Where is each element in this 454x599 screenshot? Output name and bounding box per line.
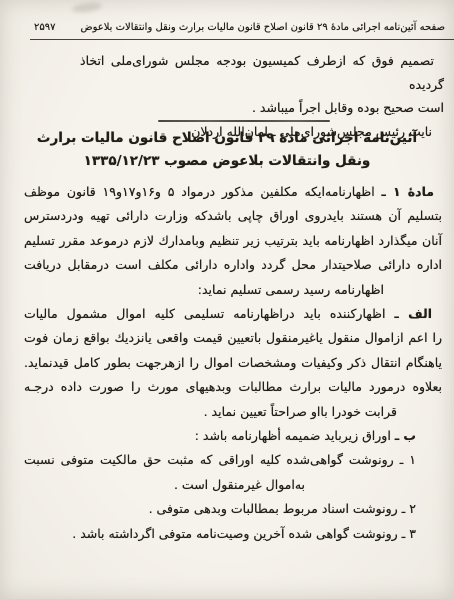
clause-a-line-1: الف ـ اظهارکننده باید دراظهارنامه تسلیمی… [24,302,442,326]
clause-a-line-5: قرابت خودرا بااو صراحتاً تعیین نماید . [24,400,397,424]
page-number: ۲۵۹۷ [34,21,55,34]
title-divider [158,120,330,122]
article-1-line-1: مادهٔ ۱ ـ اظهارنامه‌ایکه مکلفین مذکور در… [24,180,442,204]
approval-line-1: تصمیم فوق که ازطرف کمیسیون بودجه مجلس شو… [80,49,444,96]
clause-a-line-2: را اعم ازاموال منقول یاغیرمنقول باتعیین … [24,326,442,350]
clause-a-text: اظهارکننده باید دراظهارنامه تسلیمی کلیه … [24,306,385,321]
title-line-2: ونقل وانتقالات بلاعوض مصوب ۱۳۳۵/۱۲/۲۳ [0,150,454,173]
clause-b-label: ب ـ [395,428,416,443]
scanned-page: صفحه آئین‌نامه اجرائی مادهٔ ۲۹ قانون اصل… [0,0,454,599]
article-1-label: مادهٔ ۱ ـ [382,184,434,199]
clause-b-line: ب ـ اوراق زیرباید ضمیمه أظهارنامه باشد : [24,424,442,448]
clause-b-text: اوراق زیرباید ضمیمه أظهارنامه باشد : [195,428,391,443]
clause-a-label: الف ـ [394,306,432,321]
document-body: مادهٔ ۱ ـ اظهارنامه‌ایکه مکلفین مذکور در… [24,180,442,546]
article-1-line-2: بتسلیم آن هستند بایدروی اوراق چاپی باشدک… [24,204,442,228]
article-1-line-5: اظهارنامه رسید رسمی تسلیم نماید: [24,278,384,302]
attachment-3-line: ۳ ـ رونوشت گواهی شده آخرین وصیت‌نامه متو… [24,522,442,546]
approval-line-2: است صحیح بوده وقابل اجراً میباشد . [80,96,444,120]
attachment-1-line-2: به‌اموال غیرمنقول است . [24,473,305,497]
clause-a-line-4: بعلاوه درمورد مالیات برارث مطالبات وبدهی… [24,375,442,399]
scan-smudge [72,1,103,14]
title-line-1: آئین‌نامهٔ اجرائی مادهٔ ۲۹ قانون اصلاح ق… [0,127,454,150]
running-header-title: صفحه آئین‌نامه اجرائی مادهٔ ۲۹ قانون اصل… [80,21,445,34]
attachment-1-line-1: ۱ ـ رونوشت گواهی‌شده کلیه اوراقی که مثبت… [24,448,442,472]
page-header: صفحه آئین‌نامه اجرائی مادهٔ ۲۹ قانون اصل… [30,21,454,40]
attachment-2-line: ۲ ـ رونوشت اسناد مربوط بمطالبات وبدهی مت… [24,497,442,521]
document-title: آئین‌نامهٔ اجرائی مادهٔ ۲۹ قانون اصلاح ق… [0,127,454,173]
article-1-line-4: اداره دارائی صلاحیتدار محل گردد واداره د… [24,253,442,277]
article-1-text: اظهارنامه‌ایکه مکلفین مذکور درمواد ۵ و۱۶… [24,184,375,199]
article-1-line-3: آنان میگذارد اظهارنامه باید بترتیب زیر ت… [24,229,442,253]
clause-a-line-3: یاهنگام انتقال ذکر وکیفیات ومشخصات اموال… [24,351,442,375]
